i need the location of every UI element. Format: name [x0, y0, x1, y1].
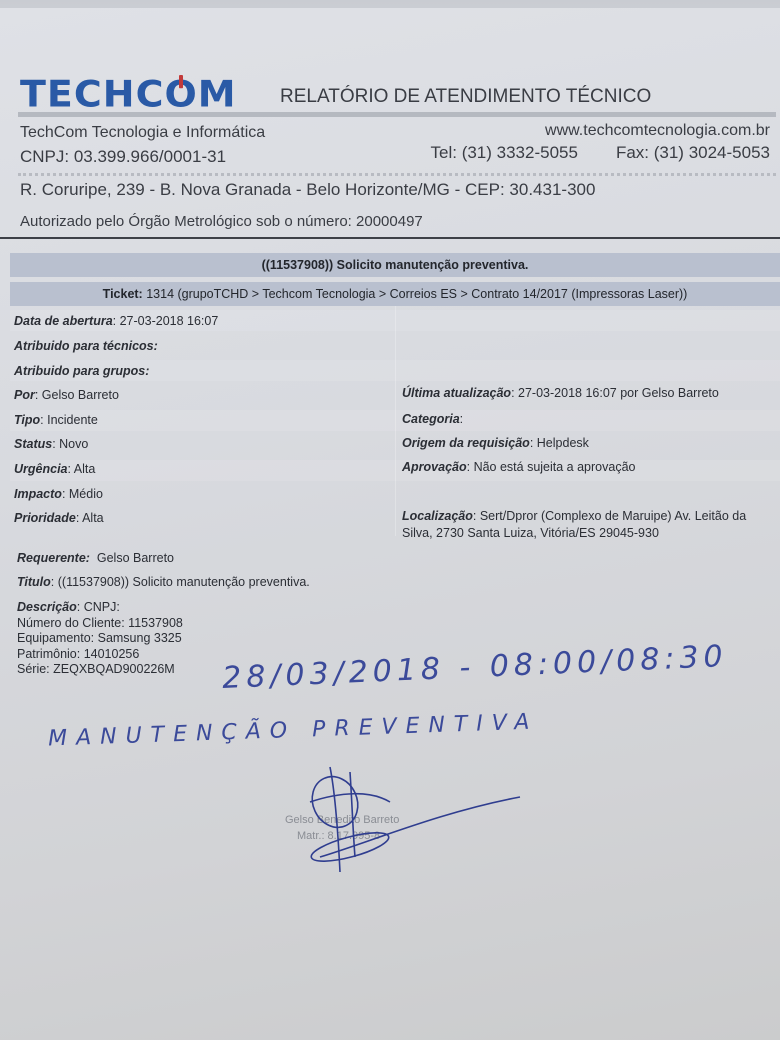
description-line: Número do Cliente: 11537908	[17, 616, 183, 632]
field-status: Status: Novo	[14, 437, 88, 451]
techcom-logo: TECHCOM	[20, 73, 237, 115]
field-requester: Requerente: Gelso Barreto	[17, 551, 174, 565]
field-by: Por: Gelso Barreto	[14, 388, 119, 402]
phone-number: Tel: (31) 3332-5055	[431, 143, 578, 162]
description-line: Série: ZEQXBQAD900226M	[17, 662, 183, 678]
field-type: Tipo: Incidente	[14, 413, 98, 427]
company-address: R. Coruripe, 239 - B. Nova Granada - Bel…	[20, 180, 595, 200]
dotted-divider	[18, 173, 776, 176]
ticket-path: 1314 (grupoTCHD > Techcom Tecnologia > C…	[143, 287, 688, 301]
company-contacts: Tel: (31) 3332-5055Fax: (31) 3024-5053	[431, 143, 770, 163]
field-title: Titulo: ((11537908)) Solicito manutenção…	[17, 575, 310, 589]
field-location: Localização: Sert/Dpror (Complexo de Mar…	[402, 508, 772, 542]
field-category: Categoria:	[402, 412, 463, 426]
header-divider	[18, 112, 776, 117]
company-name: TechCom Tecnologia e Informática	[20, 124, 265, 142]
field-description: Descrição: CNPJ: Número do Cliente: 1153…	[17, 600, 183, 678]
field-assigned-technicians: Atribuido para técnicos:	[14, 339, 158, 353]
field-assigned-groups: Atribuido para grupos:	[14, 364, 149, 378]
column-divider	[395, 306, 396, 536]
ticket-label: Ticket:	[103, 287, 143, 301]
ticket-path-bar: Ticket: 1314 (grupoTCHD > Techcom Tecnol…	[10, 282, 780, 306]
field-approval: Aprovação: Não está sujeita a aprovação	[402, 460, 635, 474]
power-icon: O	[164, 73, 197, 115]
ticket-title-bar: ((11537908)) Solicito manutenção prevent…	[10, 253, 780, 277]
fax-number: Fax: (31) 3024-5053	[616, 143, 770, 162]
logo-text-end: M	[198, 73, 237, 115]
field-last-update: Última atualização: 27-03-2018 16:07 por…	[402, 386, 719, 400]
logo-text-start: TECHC	[20, 73, 164, 115]
metrology-authorization: Autorizado pelo Órgão Metrológico sob o …	[20, 213, 423, 230]
description-line: Equipamento: Samsung 3325	[17, 631, 183, 647]
company-website: www.techcomtecnologia.com.br	[545, 122, 770, 140]
field-urgency: Urgência: Alta	[14, 462, 95, 476]
signature-scribble	[290, 762, 530, 882]
field-opened-date: Data de abertura: 27-03-2018 16:07	[14, 314, 218, 328]
company-cnpj: CNPJ: 03.399.966/0001-31	[20, 147, 226, 167]
field-impact: Impacto: Médio	[14, 487, 103, 501]
document-title: RELATÓRIO DE ATENDIMENTO TÉCNICO	[280, 86, 651, 108]
field-priority: Prioridade: Alta	[14, 511, 104, 525]
description-line: Patrimônio: 14010256	[17, 647, 183, 663]
header-bottom-rule	[0, 237, 780, 239]
field-request-source: Origem da requisição: Helpdesk	[402, 436, 589, 450]
